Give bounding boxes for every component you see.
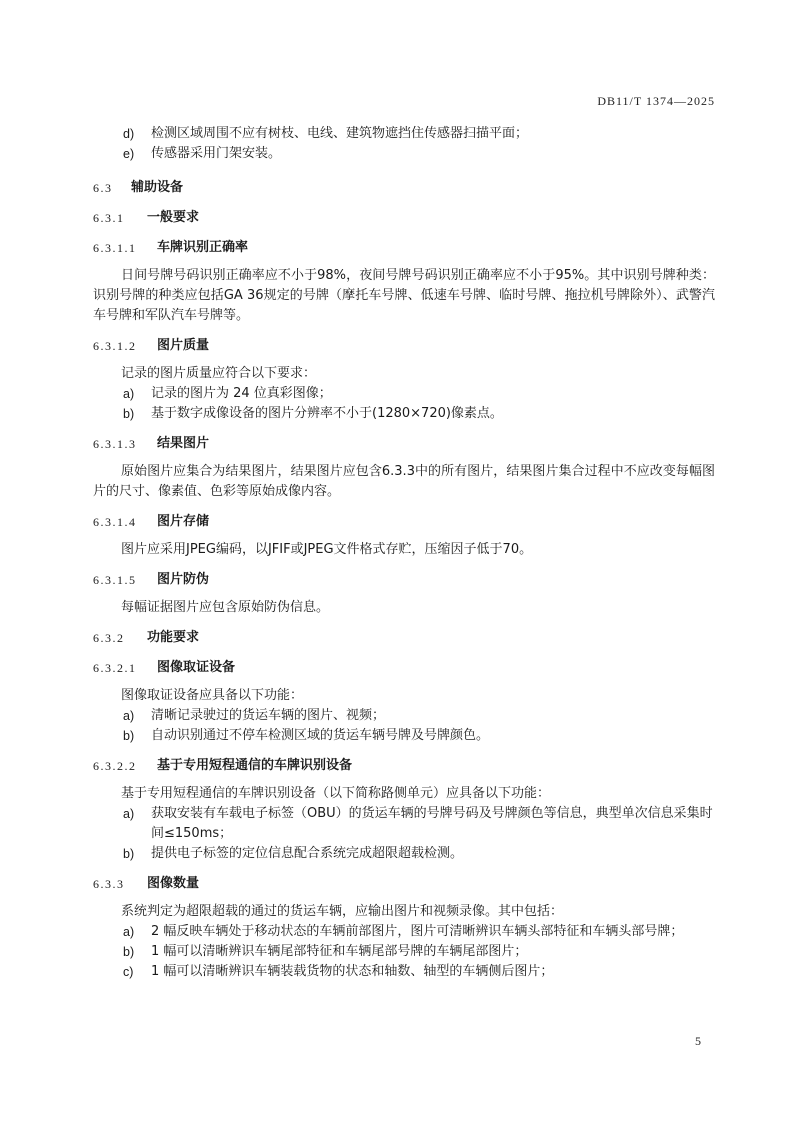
- list-text: 获取安装有车载电子标签（OBU）的货运车辆的号牌号码及号牌颜色等信息，典型单次信…: [151, 806, 713, 841]
- section-number: 6.3.3: [93, 874, 147, 894]
- section-number: 6.3.2: [93, 628, 147, 648]
- section-heading-6-3-1-2: 6.3.1.2 图片质量: [93, 336, 715, 356]
- section-title: 图片防伪: [157, 570, 209, 590]
- section-heading-6-3-1-4: 6.3.1.4 图片存储: [93, 512, 715, 532]
- document-body: d) 检测区域周围不应有树枝、电线、建筑物遮挡住传感器扫描平面； e) 传感器采…: [93, 124, 715, 982]
- list-item: b) 基于数字成像设备的图片分辨率不小于(1280×720)像素点。: [93, 404, 715, 424]
- list-item: e) 传感器采用门架安装。: [93, 144, 715, 164]
- list-marker: a): [123, 706, 134, 726]
- section-title: 基于专用短程通信的车牌识别设备: [157, 756, 352, 776]
- section-title: 结果图片: [157, 434, 209, 454]
- section-number: 6.3.1.2: [93, 336, 147, 356]
- list-item: a) 2 幅反映车辆处于移动状态的车辆前部图片，图片可清晰辨识车辆头部特征和车辆…: [93, 922, 715, 942]
- list-marker: d): [123, 124, 134, 144]
- paragraph: 基于专用短程通信的车牌识别设备（以下简称路侧单元）应具备以下功能：: [93, 784, 715, 804]
- section-title: 一般要求: [147, 208, 199, 228]
- section-number: 6.3: [93, 178, 131, 198]
- list-marker: b): [123, 942, 134, 962]
- section-heading-6-3-1-1: 6.3.1.1 车牌识别正确率: [93, 238, 715, 258]
- section-number: 6.3.1.1: [93, 238, 147, 258]
- list-text: 检测区域周围不应有树枝、电线、建筑物遮挡住传感器扫描平面；: [151, 126, 528, 141]
- section-title: 图像数量: [147, 874, 199, 894]
- paragraph: 系统判定为超限超载的通过的货运车辆，应输出图片和视频录像。其中包括：: [93, 902, 715, 922]
- section-heading-6-3: 6.3 辅助设备: [93, 178, 715, 198]
- list-item: b) 自动识别通过不停车检测区域的货运车辆号牌及号牌颜色。: [93, 726, 715, 746]
- section-title: 图片质量: [157, 336, 209, 356]
- paragraph: 原始图片应集合为结果图片，结果图片应包含6.3.3中的所有图片，结果图片集合过程…: [93, 462, 715, 502]
- paragraph: 日间号牌号码识别正确率应不小于98%，夜间号牌号码识别正确率应不小于95%。其中…: [93, 266, 715, 326]
- list-text: 2 幅反映车辆处于移动状态的车辆前部图片，图片可清晰辨识车辆头部特征和车辆头部号…: [151, 924, 683, 939]
- list-text: 记录的图片为 24 位真彩图像；: [151, 386, 332, 401]
- paragraph: 图像取证设备应具备以下功能：: [93, 686, 715, 706]
- section-number: 6.3.1.5: [93, 570, 147, 590]
- list-marker: b): [123, 726, 134, 746]
- list-text: 提供电子标签的定位信息配合系统完成超限超载检测。: [151, 846, 463, 861]
- list-marker: b): [123, 844, 134, 864]
- paragraph: 每幅证据图片应包含原始防伪信息。: [93, 598, 715, 618]
- section-heading-6-3-2-1: 6.3.2.1 图像取证设备: [93, 658, 715, 678]
- section-number: 6.3.1.3: [93, 434, 147, 454]
- list-text: 自动识别通过不停车检测区域的货运车辆号牌及号牌颜色。: [151, 728, 489, 743]
- page-number: 5: [695, 1034, 701, 1049]
- section-title: 车牌识别正确率: [157, 238, 248, 258]
- section-heading-6-3-2-2: 6.3.2.2 基于专用短程通信的车牌识别设备: [93, 756, 715, 776]
- section-heading-6-3-2: 6.3.2 功能要求: [93, 628, 715, 648]
- paragraph: 图片应采用JPEG编码，以JFIF或JPEG文件格式存贮，压缩因子低于70。: [93, 540, 715, 560]
- document-code: DB11/T 1374—2025: [597, 94, 715, 109]
- list-item: b) 1 幅可以清晰辨识车辆尾部特征和车辆尾部号牌的车辆尾部图片；: [93, 942, 715, 962]
- list-text: 1 幅可以清晰辨识车辆装载货物的状态和轴数、轴型的车辆侧后图片；: [151, 964, 553, 979]
- section-heading-6-3-3: 6.3.3 图像数量: [93, 874, 715, 894]
- section-heading-6-3-1-5: 6.3.1.5 图片防伪: [93, 570, 715, 590]
- list-item: d) 检测区域周围不应有树枝、电线、建筑物遮挡住传感器扫描平面；: [93, 124, 715, 144]
- section-title: 图片存储: [157, 512, 209, 532]
- section-heading-6-3-1: 6.3.1 一般要求: [93, 208, 715, 228]
- list-item: a) 清晰记录驶过的货运车辆的图片、视频；: [93, 706, 715, 726]
- list-text: 基于数字成像设备的图片分辨率不小于(1280×720)像素点。: [151, 406, 503, 421]
- list-text: 传感器采用门架安装。: [151, 146, 281, 161]
- list-text: 清晰记录驶过的货运车辆的图片、视频；: [151, 708, 385, 723]
- list-marker: a): [123, 804, 134, 824]
- list-marker: a): [123, 922, 134, 942]
- list-marker: b): [123, 404, 134, 424]
- list-item: a) 记录的图片为 24 位真彩图像；: [93, 384, 715, 404]
- paragraph: 记录的图片质量应符合以下要求：: [93, 364, 715, 384]
- list-item: b) 提供电子标签的定位信息配合系统完成超限超载检测。: [93, 844, 715, 864]
- section-title: 辅助设备: [131, 178, 183, 198]
- list-item: a) 获取安装有车载电子标签（OBU）的货运车辆的号牌号码及号牌颜色等信息，典型…: [93, 804, 715, 844]
- section-number: 6.3.1.4: [93, 512, 147, 532]
- list-marker: a): [123, 384, 134, 404]
- section-title: 功能要求: [147, 628, 199, 648]
- list-marker: c): [123, 962, 133, 982]
- section-number: 6.3.2.2: [93, 756, 147, 776]
- list-text: 1 幅可以清晰辨识车辆尾部特征和车辆尾部号牌的车辆尾部图片；: [151, 944, 527, 959]
- section-number: 6.3.1: [93, 208, 147, 228]
- section-title: 图像取证设备: [157, 658, 235, 678]
- section-number: 6.3.2.1: [93, 658, 147, 678]
- list-marker: e): [123, 144, 134, 164]
- section-heading-6-3-1-3: 6.3.1.3 结果图片: [93, 434, 715, 454]
- list-item: c) 1 幅可以清晰辨识车辆装载货物的状态和轴数、轴型的车辆侧后图片；: [93, 962, 715, 982]
